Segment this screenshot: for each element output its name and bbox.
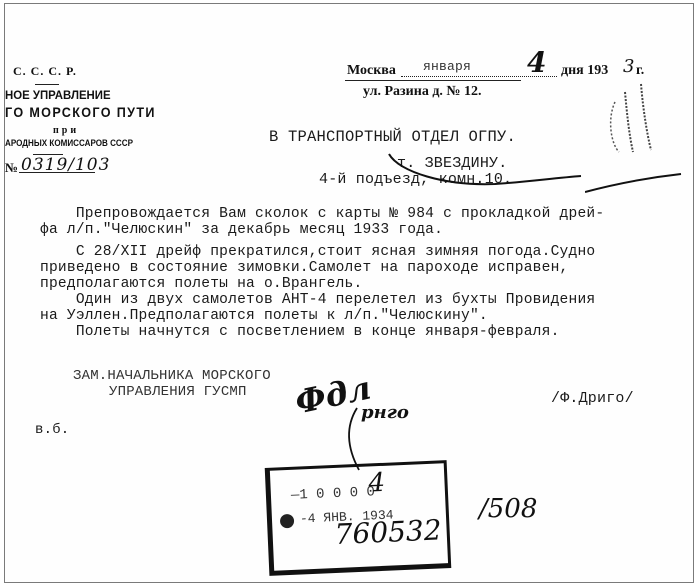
date-address: ул. Разина д. № 12. xyxy=(363,84,481,100)
body-line: на Уэллен.Предполагаются полеты к л/п."Ч… xyxy=(40,308,488,324)
body-line: Один из двух самолетов АНТ-4 перелетел и… xyxy=(40,292,595,308)
letterhead-dept-line1: НОЕ УПРАВЛЕНИЕ xyxy=(5,88,111,102)
signature-name: /Ф.Дриго/ xyxy=(551,390,634,407)
stamp-line1: —1 0 0 0 0 xyxy=(291,484,376,504)
letterhead-divider xyxy=(35,84,59,85)
letterhead-number-prefix: № xyxy=(5,160,18,176)
resolution-scribble xyxy=(585,74,695,204)
body-line: приведено в состояние зимовки.Самолет на… xyxy=(40,260,569,276)
letterhead-country: С. С. С. Р. xyxy=(13,64,77,79)
letterhead-dept-line3: при xyxy=(53,125,79,136)
signature-title-line2: УПРАВЛЕНИЯ ГУСМП xyxy=(109,384,247,400)
date-day: 4 xyxy=(527,46,546,79)
stamp-emblem-icon xyxy=(280,514,295,529)
margin-note: /508 xyxy=(479,494,537,524)
body-line: предполагаются полеты на о.Врангель. xyxy=(40,276,362,292)
typist-initials: в.б. xyxy=(35,422,69,438)
date-month: января xyxy=(423,59,471,74)
body-line: С 28/XII дрейф прекратился,стоит ясная з… xyxy=(40,244,595,260)
document-page: С. С. С. Р. НОЕ УПРАВЛЕНИЕ ГО МОРСКОГО П… xyxy=(4,3,694,583)
signature-title-line1: ЗАМ.НАЧАЛЬНИКА МОРСКОГО xyxy=(73,368,271,384)
addressee-department: В ТРАНСПОРТНЫЙ ОТДЕЛ ОГПУ. xyxy=(269,128,516,146)
date-underline xyxy=(345,80,521,81)
body-line: Полеты начнутся с посветлением в конце я… xyxy=(40,324,560,340)
letterhead-dept-line2: ГО МОРСКОГО ПУТИ xyxy=(5,104,156,120)
registration-stamp: —1 0 0 0 0 4 -4 ЯНВ. 1934 760532 xyxy=(265,460,452,576)
addressee-pen-stroke xyxy=(385,152,585,192)
letterhead-dept-line4: АРОДНЫХ КОМИССАРОВ СССР xyxy=(5,138,133,149)
date-city: Москва xyxy=(347,63,396,79)
stamp-registration-number: 760532 xyxy=(334,513,442,551)
body-line: фа л/п."Челюскин" за декабрь месяц 1933 … xyxy=(40,222,443,238)
body-line: Препровождается Вам сколок с карты № 984… xyxy=(40,206,604,222)
stamp-handwritten-top: 4 xyxy=(368,468,386,499)
number-underline xyxy=(19,172,95,173)
